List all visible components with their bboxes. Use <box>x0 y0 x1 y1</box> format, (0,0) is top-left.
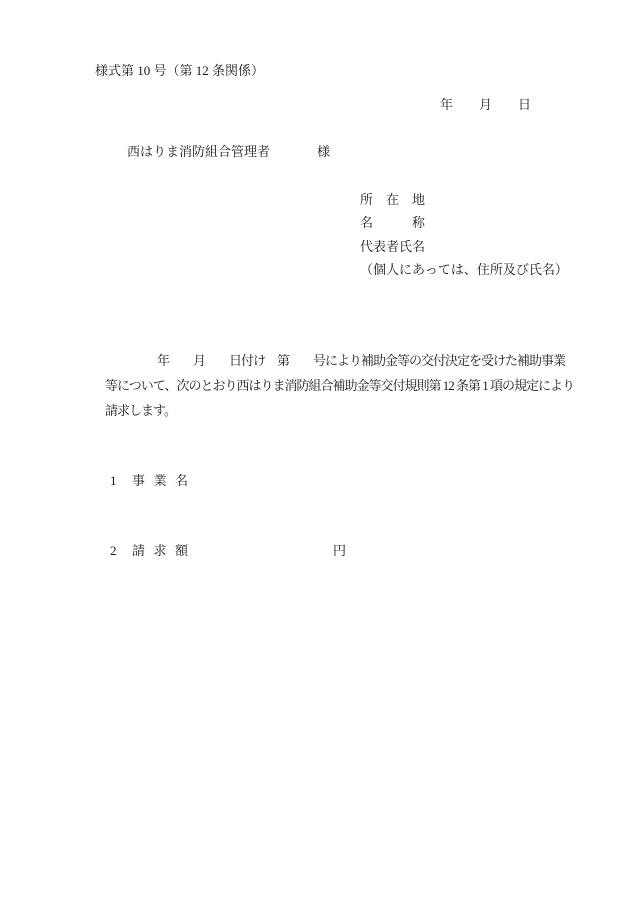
body-line-1: 年 月 日付け 第 号により補助金等の交付決定を受けた補助事業 <box>105 348 574 373</box>
item-2-label: 請求額 <box>132 543 197 558</box>
item-row-request-amount: 2請求額円 <box>110 540 197 559</box>
body-paragraph: 年 月 日付け 第 号により補助金等の交付決定を受けた補助事業 等について、次の… <box>105 348 574 423</box>
item-1-label: 事業名 <box>132 473 197 488</box>
document-page: 様式第 10 号（第 12 条関係） 年 月 日 西はりま消防組合管理者様 所 … <box>0 0 630 903</box>
item-row-project-name: 1事業名 <box>110 470 197 489</box>
addressee-line: 西はりま消防組合管理者様 <box>127 141 330 160</box>
applicant-representative-label: 代表者氏名 <box>360 236 425 255</box>
applicant-name-label: 名 称 <box>360 212 425 231</box>
form-number: 様式第 10 号（第 12 条関係） <box>95 60 264 79</box>
item-2-number: 2 <box>110 543 132 559</box>
date-line: 年 月 日 <box>440 94 531 113</box>
body-line-2: 等について、次のとおり西はりま消防組合補助金等交付規則第 12 条第 1 項の規… <box>105 373 574 398</box>
item-1-number: 1 <box>110 473 132 489</box>
item-2-unit-yen: 円 <box>333 540 346 559</box>
body-line-3: 請求します。 <box>105 398 574 423</box>
addressee-honorific: 様 <box>317 144 330 159</box>
applicant-address-label: 所 在 地 <box>360 189 425 208</box>
addressee-name: 西はりま消防組合管理者 <box>127 144 270 159</box>
applicant-individual-note: （個人にあっては、住所及び氏名） <box>360 259 568 278</box>
